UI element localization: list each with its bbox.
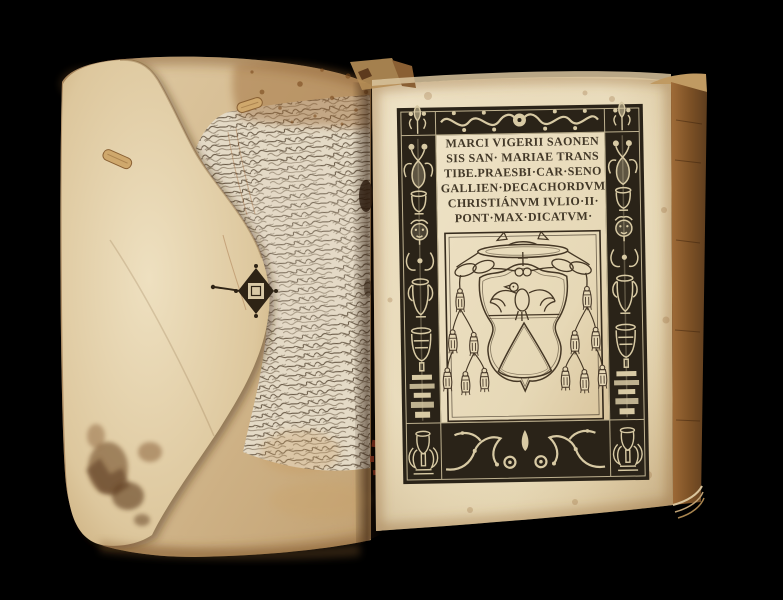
book-photograph: MARCI VIGERII SAONEN SIS SAN· MARIAE TRA…	[0, 0, 783, 600]
title-line-6: PONT·MAX·DICATVM·	[440, 209, 608, 227]
fore-edge	[671, 82, 707, 505]
book-artwork	[0, 0, 783, 600]
title-text-block: MARCI VIGERII SAONEN SIS SAN· MARIAE TRA…	[438, 134, 608, 227]
